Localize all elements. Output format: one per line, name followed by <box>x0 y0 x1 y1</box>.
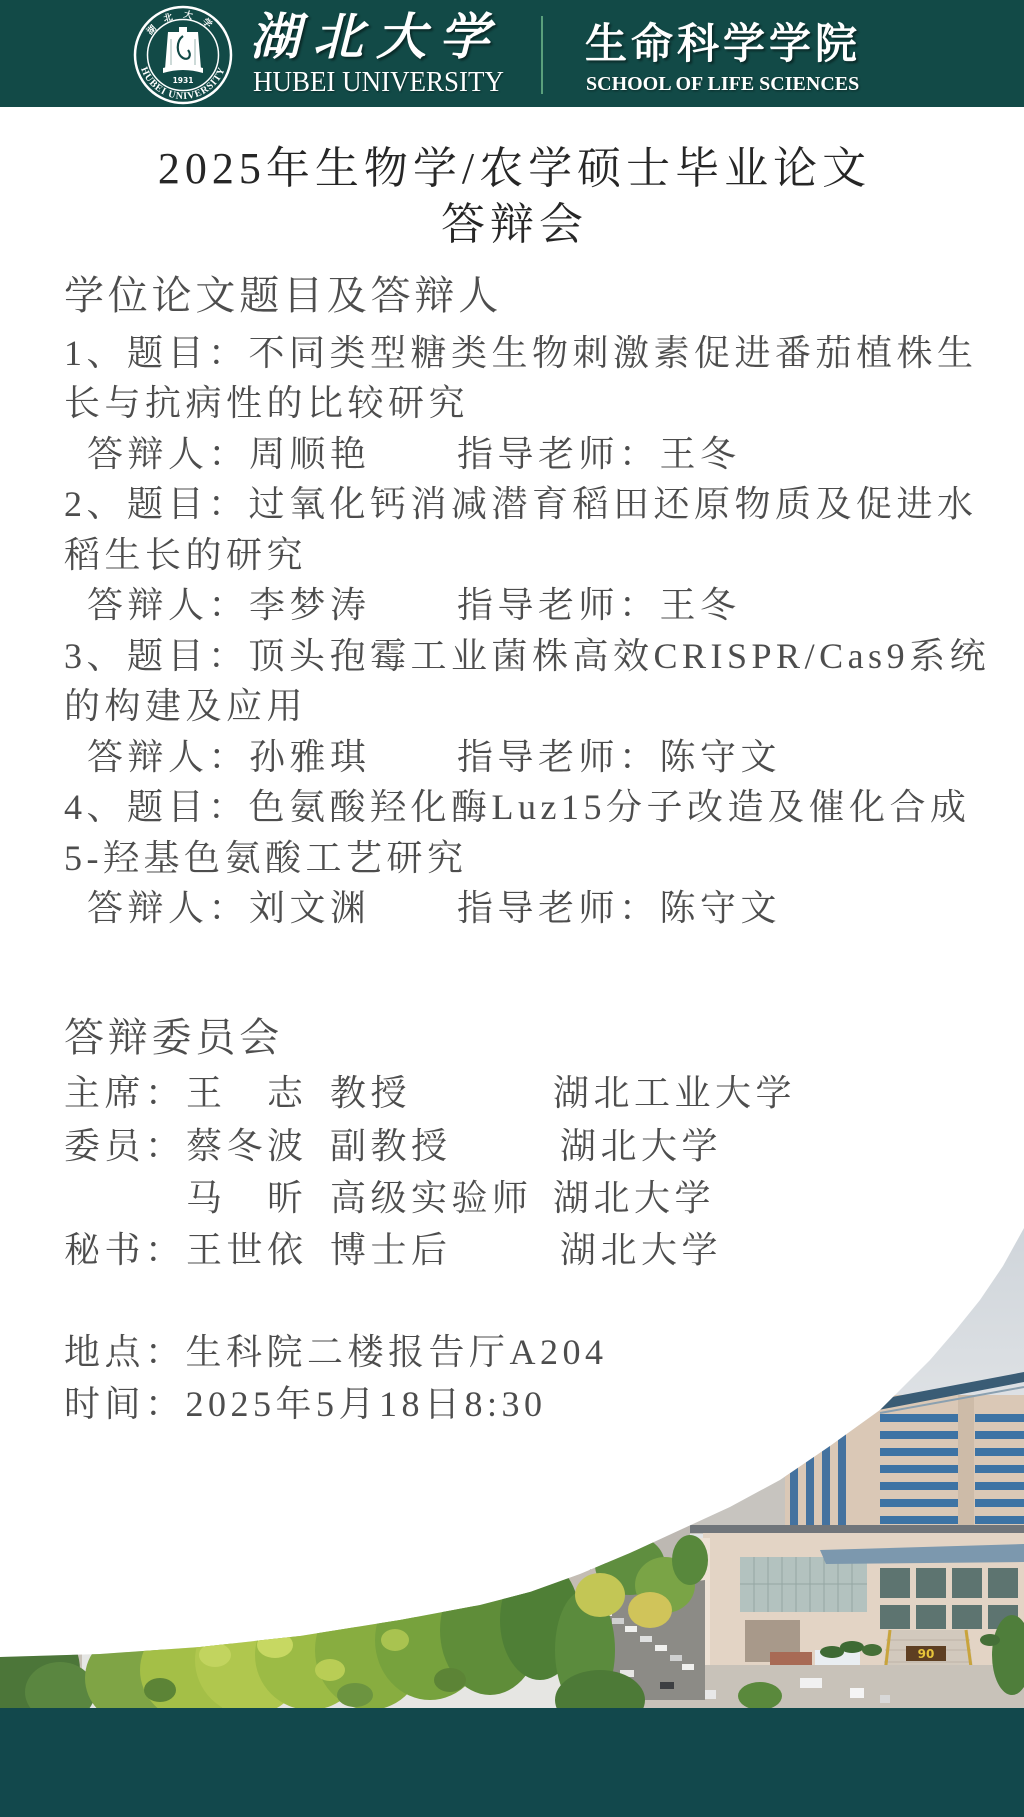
advisor-label: 指导老师： <box>457 737 660 777</box>
thesis-2-people: 答辩人：李梦涛 指导老师：王冬 <box>0 580 1024 630</box>
advisor-label: 指导老师： <box>457 434 660 474</box>
thesis-4-presenter: 答辩人：刘文渊 <box>87 883 371 933</box>
brick-sign <box>770 1652 812 1666</box>
thesis-3-presenter: 答辩人：孙雅琪 <box>87 732 371 782</box>
thesis-4-title-line-2: 5-羟基色氨酸工艺研究 <box>64 833 468 883</box>
committee-role: 主席： <box>64 1068 186 1118</box>
presenter-name: 周顺艳 <box>249 434 371 474</box>
advisor-name: 陈守文 <box>660 888 782 928</box>
thesis-3-title-line-2: 的构建及应用 <box>64 681 307 731</box>
campus-photo: 90 <box>0 1200 1024 1708</box>
advisor-name: 陈守文 <box>660 737 782 777</box>
thesis-1-presenter: 答辩人：周顺艳 <box>87 429 371 479</box>
presenter-name: 李梦涛 <box>249 585 371 625</box>
committee-role: 委员： <box>64 1121 186 1171</box>
thesis-1-title-line-2: 长与抗病性的比较研究 <box>64 378 469 428</box>
time-label: 时间： <box>64 1384 186 1424</box>
poster-title-line-1: 2025年生物学/农学硕士毕业论文 <box>0 140 1024 198</box>
presenter-name: 刘文渊 <box>249 888 371 928</box>
presenter-label: 答辩人： <box>87 737 249 777</box>
theses-heading: 学位论文题目及答辩人 <box>64 271 502 321</box>
defense-poster: 湖北大学 HUBEI UNIVERSITY 1931 湖北大学 HUBEI UN… <box>0 0 1024 1817</box>
thesis-4-people: 答辩人：刘文渊 指导老师：陈守文 <box>0 883 1024 933</box>
committee-member-title: 副教授 <box>330 1121 452 1171</box>
committee-member-name: 蔡冬波 <box>186 1121 308 1171</box>
committee-member-affiliation: 湖北大学 <box>560 1121 722 1171</box>
presenter-label: 答辩人： <box>87 434 249 474</box>
university-name-cn: 湖北大学 <box>250 6 502 68</box>
thesis-2-title-line-1: 2、题目：过氧化钙消减潜育稻田还原物质及促进水 <box>64 479 978 529</box>
tower-building <box>785 1372 1024 1545</box>
thesis-3-people: 答辩人：孙雅琪 指导老师：陈守文 <box>0 732 1024 782</box>
thesis-3-title-line-1: 3、题目：顶头孢霉工业菌株高效CRISPR/Cas9系统 <box>64 631 990 681</box>
thesis-1-people: 答辩人：周顺艳 指导老师：王冬 <box>0 429 1024 479</box>
advisor-label: 指导老师： <box>457 888 660 928</box>
thesis-1-title-line-1: 1、题目：不同类型糖类生物刺激素促进番茄植株生 <box>64 328 978 378</box>
thesis-3-advisor: 指导老师：陈守文 <box>457 732 781 782</box>
footer-band <box>0 1708 1024 1817</box>
header-divider <box>541 16 543 94</box>
thesis-4-advisor: 指导老师：陈守文 <box>457 883 781 933</box>
thesis-2-title-line-2: 稻生长的研究 <box>64 530 307 580</box>
presenter-label: 答辩人： <box>87 888 249 928</box>
location-label: 地点： <box>64 1332 186 1372</box>
photo-content: 90 <box>0 1200 1024 1708</box>
header-banner: 湖北大学 HUBEI UNIVERSITY 1931 湖北大学 HUBEI UN… <box>0 0 1024 107</box>
venue-time: 时间：2025年5月18日8:30 <box>64 1379 547 1429</box>
anniversary-sign-text: 90 <box>918 1647 935 1661</box>
university-name-en: HUBEI UNIVERSITY <box>253 68 504 97</box>
school-name-cn: 生命科学学院 <box>585 20 861 70</box>
seal-year: 1931 <box>173 76 194 85</box>
thesis-1-advisor: 指导老师：王冬 <box>457 429 741 479</box>
advisor-name: 王冬 <box>660 434 741 474</box>
poster-title-line-2: 答辩会 <box>0 196 1024 254</box>
committee-member-name: 王 志 <box>186 1068 308 1118</box>
thesis-2-advisor: 指导老师：王冬 <box>457 580 741 630</box>
thesis-4-title-line-1: 4、题目：色氨酸羟化酶Luz15分子改造及催化合成 <box>64 782 970 832</box>
committee-member-affiliation: 湖北工业大学 <box>553 1068 796 1118</box>
school-name-en: SCHOOL OF LIFE SCIENCES <box>586 74 859 94</box>
advisor-name: 王冬 <box>660 585 741 625</box>
committee-row-chair: 主席： 王 志 教授 湖北工业大学 <box>0 1068 1024 1118</box>
venue-location: 地点：生科院二楼报告厅A204 <box>64 1327 608 1377</box>
committee-heading: 答辩委员会 <box>64 1013 283 1063</box>
university-seal-icon: 湖北大学 HUBEI UNIVERSITY 1931 <box>133 5 233 105</box>
advisor-label: 指导老师： <box>457 585 660 625</box>
thesis-2-presenter: 答辩人：李梦涛 <box>87 580 371 630</box>
seal-emblem-building <box>165 27 201 69</box>
presenter-name: 孙雅琪 <box>249 737 371 777</box>
committee-row-member-1: 委员： 蔡冬波 副教授 湖北大学 <box>0 1121 1024 1171</box>
time-value: 2025年5月18日8:30 <box>186 1384 547 1424</box>
location-value: 生科院二楼报告厅A204 <box>186 1332 608 1372</box>
committee-member-title: 教授 <box>330 1068 411 1118</box>
presenter-label: 答辩人： <box>87 585 249 625</box>
